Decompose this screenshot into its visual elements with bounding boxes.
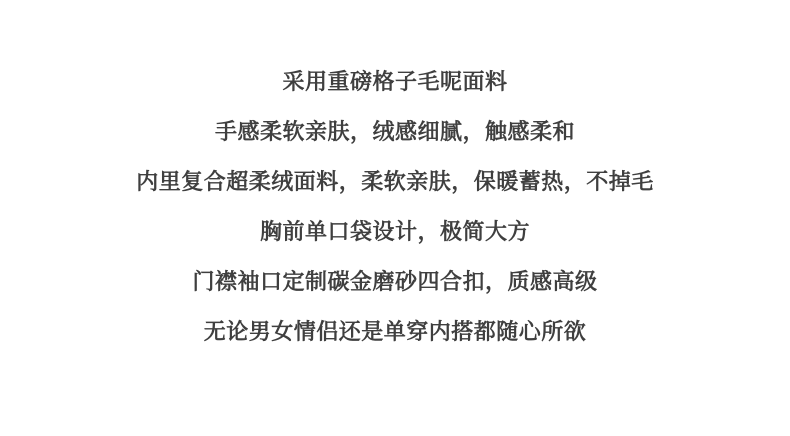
product-description-block: 采用重磅格子毛呢面料 手感柔软亲肤，绒感细腻，触感柔和 内里复合超柔绒面料，柔软… <box>0 0 790 357</box>
description-line-wearing: 无论男女情侣还是单穿内搭都随心所欲 <box>0 307 790 357</box>
description-line-fabric: 采用重磅格子毛呢面料 <box>0 57 790 107</box>
description-line-pocket: 胸前单口袋设计，极简大方 <box>0 207 790 257</box>
description-line-touch: 手感柔软亲肤，绒感细腻，触感柔和 <box>0 107 790 157</box>
description-line-lining: 内里复合超柔绒面料，柔软亲肤，保暖蓄热，不掉毛 <box>0 157 790 207</box>
description-line-buttons: 门襟袖口定制碳金磨砂四合扣，质感高级 <box>0 257 790 307</box>
